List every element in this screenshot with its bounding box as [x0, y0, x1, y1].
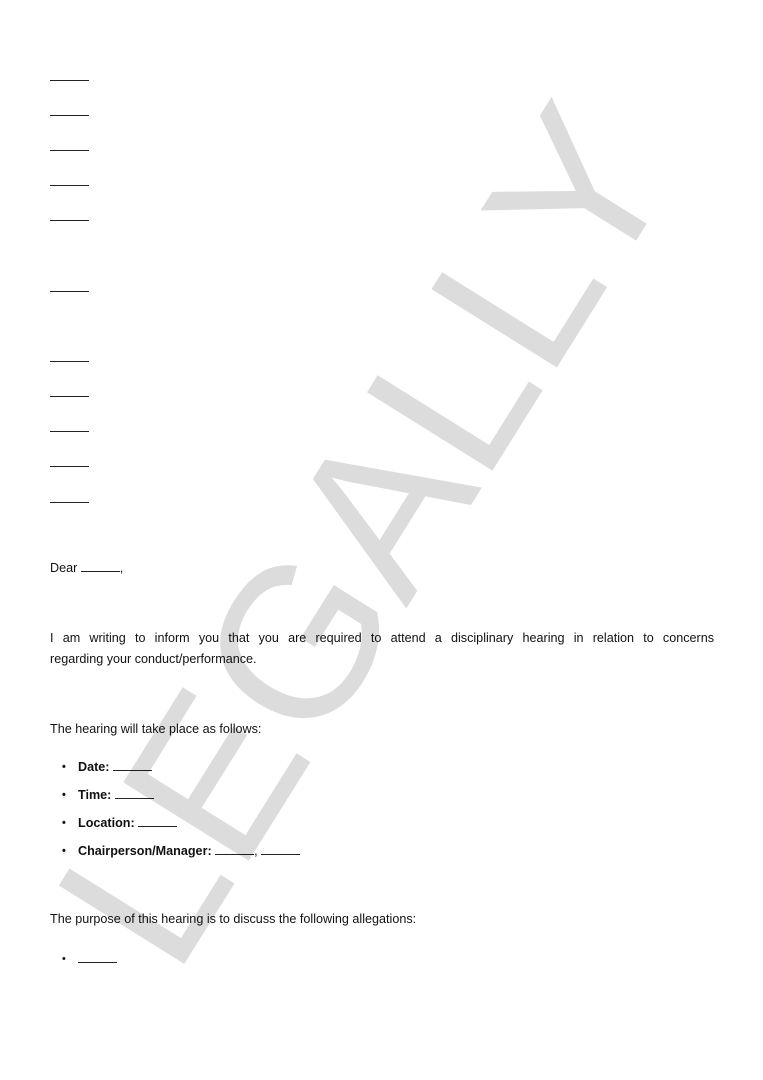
salutation-suffix: ,: [120, 561, 124, 575]
header-blank-line-2: [50, 115, 89, 116]
hearing-detail-label: Location:: [78, 816, 135, 830]
intro-paragraph: I am writing to inform you that you are …: [50, 628, 714, 670]
hearing-detail-chairperson: • Chairperson/Manager: ,: [62, 842, 300, 870]
bullet-icon: •: [62, 814, 66, 832]
recipient-name-blank: [81, 560, 120, 572]
salutation: Dear ,: [50, 558, 123, 579]
bullet-icon: •: [62, 842, 66, 860]
header-blank-line-8: [50, 396, 89, 397]
header-blank-line-11: [50, 502, 89, 503]
header-blank-line-1: [50, 80, 89, 81]
hearing-detail-label: Time:: [78, 788, 111, 802]
allegations-list: •: [62, 950, 117, 978]
header-blank-line-5: [50, 220, 89, 221]
header-blank-line-4: [50, 185, 89, 186]
intro-paragraph-line-1: I am writing to inform you that you are …: [50, 628, 714, 649]
header-blank-line-9: [50, 431, 89, 432]
time-blank: [115, 787, 154, 799]
hearing-detail-time: • Time:: [62, 786, 300, 814]
salutation-prefix: Dear: [50, 561, 77, 575]
hearing-detail-label: Chairperson/Manager:: [78, 844, 212, 858]
header-blank-line-6: [50, 291, 89, 292]
bullet-icon: •: [62, 758, 66, 776]
chairperson-blank-2: [261, 843, 300, 855]
hearing-details-list: • Date: • Time: • Location: • Chairperso…: [62, 758, 300, 870]
allegation-item: •: [62, 950, 117, 978]
hearing-intro: The hearing will take place as follows:: [50, 719, 261, 740]
hearing-detail-location: • Location:: [62, 814, 300, 842]
chairperson-blank-1: [215, 843, 254, 855]
header-blank-line-3: [50, 150, 89, 151]
allegation-blank: [78, 951, 117, 963]
bullet-icon: •: [62, 950, 66, 968]
location-blank: [138, 815, 177, 827]
purpose-intro: The purpose of this hearing is to discus…: [50, 909, 416, 930]
date-blank: [113, 759, 152, 771]
intro-paragraph-line-2: regarding your conduct/performance.: [50, 652, 257, 666]
header-blank-line-10: [50, 466, 89, 467]
bullet-icon: •: [62, 786, 66, 804]
hearing-detail-label: Date:: [78, 760, 110, 774]
hearing-detail-date: • Date:: [62, 758, 300, 786]
document-page: Dear , I am writing to inform you that y…: [0, 0, 763, 1080]
header-blank-line-7: [50, 361, 89, 362]
